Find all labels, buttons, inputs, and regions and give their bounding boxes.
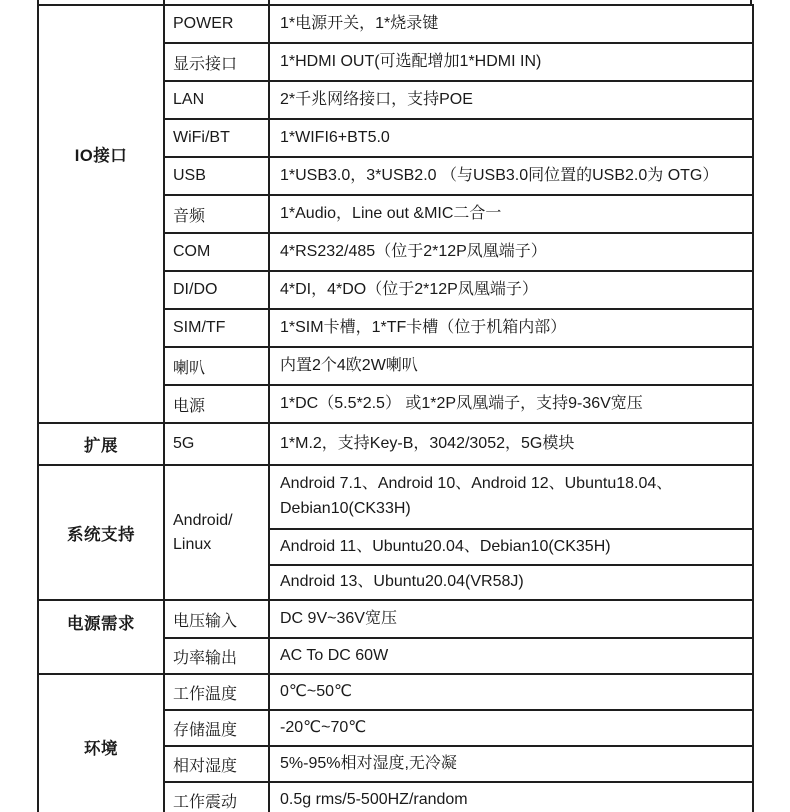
spec-value-cell: 1*电源开关，1*烧录键 xyxy=(269,5,753,43)
spec-label-cell: Android/ Linux xyxy=(164,465,269,600)
spec-label-cell: SIM/TF xyxy=(164,309,269,347)
spec-label-cell: DI/DO xyxy=(164,271,269,309)
spec-value-cell: -20℃~70℃ xyxy=(269,710,753,746)
spec-row-power: IO接口 POWER 1*电源开关，1*烧录键 xyxy=(38,5,753,43)
spec-label-cell: LAN xyxy=(164,81,269,119)
spec-label-cell: 工作温度 xyxy=(164,674,269,710)
spec-value-cell: 1*WIFI6+BT5.0 xyxy=(269,119,753,157)
spec-label-cell: POWER xyxy=(164,5,269,43)
spec-label-cell: 电压输入 xyxy=(164,600,269,638)
category-cell-expansion: 扩展 xyxy=(38,423,164,465)
spec-value-cell: DC 9V~36V宽压 xyxy=(269,600,753,638)
spec-label-cell: USB xyxy=(164,157,269,195)
spec-value-cell: 4*DI，4*DO（位于2*12P凤凰端子） xyxy=(269,271,753,309)
spec-value-cell: 1*HDMI OUT(可选配增加1*HDMI IN) xyxy=(269,43,753,81)
spec-label-cell: 功率输出 xyxy=(164,638,269,674)
spec-value-cell: 1*DC（5.5*2.5） 或1*2P凤凰端子，支持9-36V宽压 xyxy=(269,385,753,423)
spec-value-cell: AC To DC 60W xyxy=(269,638,753,674)
spec-row-os-1: 系统支持 Android/ Linux Android 7.1、Android … xyxy=(38,465,753,529)
spec-label-cell: WiFi/BT xyxy=(164,119,269,157)
spec-value-cell: 4*RS232/485（位于2*12P凤凰端子） xyxy=(269,233,753,271)
spec-value-cell: Android 11、Ubuntu20.04、Debian10(CK35H) xyxy=(269,529,753,565)
spec-label-cell: 存储温度 xyxy=(164,710,269,746)
spec-label-cell: 相对湿度 xyxy=(164,746,269,782)
spec-sheet-page: IO接口 POWER 1*电源开关，1*烧录键 显示接口 1*HDMI OUT(… xyxy=(0,0,790,812)
spec-value-cell: 5%-95%相对湿度,无冷凝 xyxy=(269,746,753,782)
spec-label-cell: 音频 xyxy=(164,195,269,233)
category-cell-environment: 环境 xyxy=(38,674,164,812)
spec-value-cell: Android 7.1、Android 10、Android 12、Ubuntu… xyxy=(269,465,753,529)
spec-value-cell: 0℃~50℃ xyxy=(269,674,753,710)
spec-value-cell: 1*USB3.0，3*USB2.0 （与USB3.0同位置的USB2.0为 OT… xyxy=(269,157,753,195)
spec-value-cell: 1*M.2，支持Key-B，3042/3052，5G模块 xyxy=(269,423,753,465)
spec-value-cell: 内置2个4欧2W喇叭 xyxy=(269,347,753,385)
spec-label-cell: COM xyxy=(164,233,269,271)
spec-label-cell: 工作震动 xyxy=(164,782,269,812)
category-cell-io: IO接口 xyxy=(38,5,164,423)
product-spec-table: IO接口 POWER 1*电源开关，1*烧录键 显示接口 1*HDMI OUT(… xyxy=(37,4,754,812)
spec-value-cell: 2*千兆网络接口，支持POE xyxy=(269,81,753,119)
spec-label-cell: 喇叭 xyxy=(164,347,269,385)
spec-value-cell: 0.5g rms/5-500HZ/random xyxy=(269,782,753,812)
spec-row-5g: 扩展 5G 1*M.2，支持Key-B，3042/3052，5G模块 xyxy=(38,423,753,465)
spec-row-op-temp: 环境 工作温度 0℃~50℃ xyxy=(38,674,753,710)
spec-value-cell: Android 13、Ubuntu20.04(VR58J) xyxy=(269,565,753,600)
spec-value-cell: 1*SIM卡槽，1*TF卡槽（位于机箱内部） xyxy=(269,309,753,347)
spec-value-cell: 1*Audio，Line out &MIC二合一 xyxy=(269,195,753,233)
spec-label-cell: 电源 xyxy=(164,385,269,423)
category-cell-system: 系统支持 xyxy=(38,465,164,600)
spec-label-cell: 显示接口 xyxy=(164,43,269,81)
spec-row-voltage: 电源需求 电压输入 DC 9V~36V宽压 xyxy=(38,600,753,638)
category-cell-power-req: 电源需求 xyxy=(38,600,164,674)
spec-label-cell: 5G xyxy=(164,423,269,465)
